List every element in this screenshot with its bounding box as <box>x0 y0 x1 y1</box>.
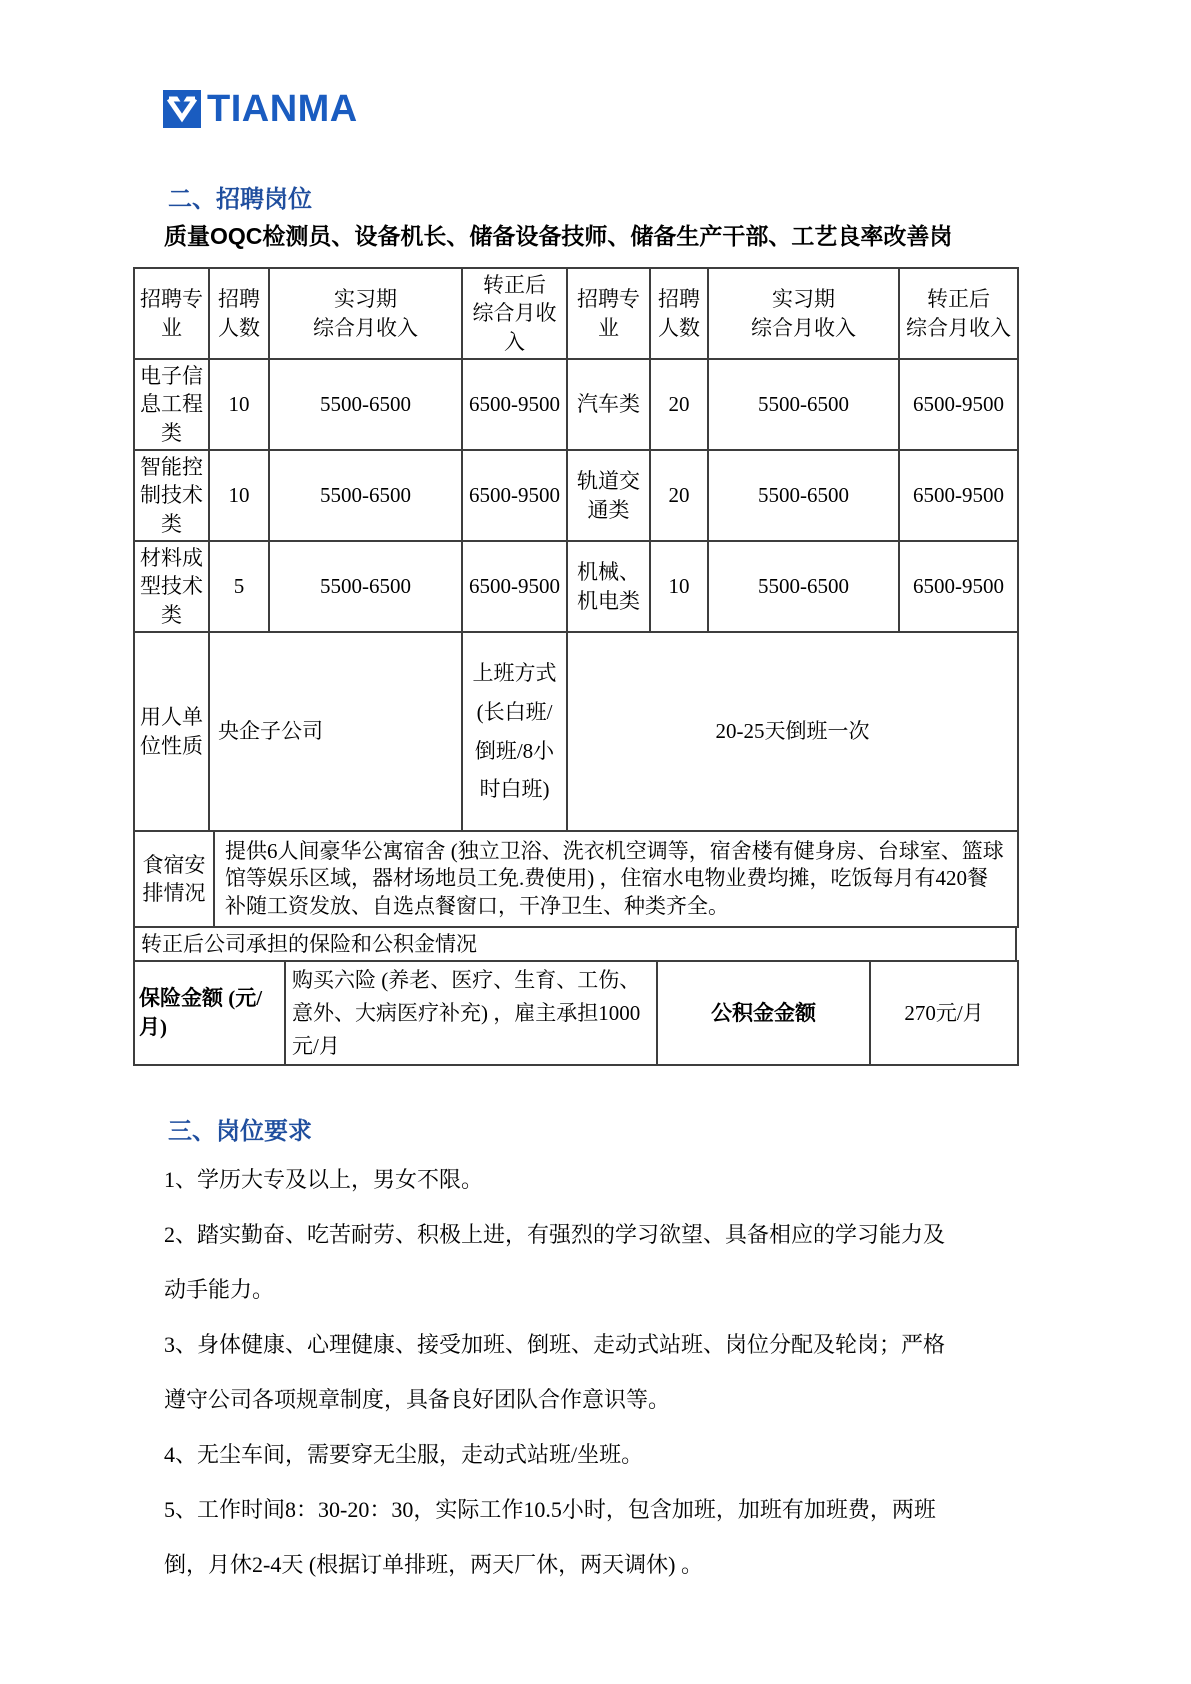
cell-regular-income: 6500-9500 <box>899 359 1018 450</box>
cell-headcount: 10 <box>209 450 269 541</box>
cell-headcount: 20 <box>650 359 708 450</box>
header-intern-income-1: 实习期 综合月收入 <box>269 268 462 359</box>
cell-intern-income: 5500-6500 <box>269 450 462 541</box>
cell-intern-income: 5500-6500 <box>269 359 462 450</box>
cell-regular-income: 6500-9500 <box>899 450 1018 541</box>
header-regular-income-2: 转正后 综合月收入 <box>899 268 1018 359</box>
tianma-logo-text: TIANMA <box>207 90 358 128</box>
cell-major: 电子信息工程类 <box>134 359 209 450</box>
requirement-item: 4、无尘车间，需要穿无尘服，走动式站班/坐班。 <box>164 1427 964 1482</box>
tianma-logo: TIANMA <box>163 90 358 128</box>
accommodation-label: 食宿安排情况 <box>134 831 214 927</box>
cell-intern-income: 5500-6500 <box>708 450 899 541</box>
insurance-title: 转正后公司承担的保险和公积金情况 <box>134 927 1016 961</box>
table-header-row: 招聘专业 招聘人数 实习期 综合月收入 转正后 综合月收入 招聘专业 招聘人数 … <box>134 268 1018 359</box>
recruitment-table-accommodation: 食宿安排情况 提供6人间豪华公寓宿舍 (独立卫浴、洗衣机空调等，宿舍楼有健身房、… <box>133 830 1019 928</box>
header-major-1: 招聘专业 <box>134 268 209 359</box>
employer-row: 用人单位性质 央企子公司 上班方式 (长白班/ 倒班/8小 时白班) 20-25… <box>134 632 1018 831</box>
recruitment-table-insurance: 保险金额 (元/月) 购买六险 (养老、医疗、生育、工伤、意外、大病医疗补充) … <box>133 960 1019 1066</box>
positions-line: 质量OQC检测员、设备机长、储备设备技师、储备生产干部、工艺良率改善岗 <box>164 222 1064 252</box>
insurance-amount-label: 保险金额 (元/月) <box>134 961 285 1065</box>
cell-intern-income: 5500-6500 <box>269 541 462 632</box>
requirement-item: 1、学历大专及以上，男女不限。 <box>164 1152 964 1207</box>
insurance-amount-detail: 购买六险 (养老、医疗、生育、工伤、意外、大病医疗补充) ，雇主承担1000元/… <box>285 961 657 1065</box>
section-heading-requirements: 三、岗位要求 <box>168 1118 312 1147</box>
employer-company: 央企子公司 <box>209 632 462 831</box>
housing-fund-label: 公积金金额 <box>657 961 870 1065</box>
header-headcount-1: 招聘人数 <box>209 268 269 359</box>
cell-intern-income: 5500-6500 <box>708 359 899 450</box>
table-row: 智能控制技术类 10 5500-6500 6500-9500 轨道交通类 20 … <box>134 450 1018 541</box>
employer-work-mode: 上班方式 (长白班/ 倒班/8小 时白班) <box>462 632 567 831</box>
cell-intern-income: 5500-6500 <box>708 541 899 632</box>
section-heading-recruit-positions: 二、招聘岗位 <box>168 186 312 215</box>
tianma-logo-icon <box>163 90 201 128</box>
cell-regular-income: 6500-9500 <box>899 541 1018 632</box>
accommodation-detail: 提供6人间豪华公寓宿舍 (独立卫浴、洗衣机空调等，宿舍楼有健身房、台球室、篮球馆… <box>214 831 1018 927</box>
cell-regular-income: 6500-9500 <box>462 359 567 450</box>
cell-major: 机械、机电类 <box>567 541 650 632</box>
accommodation-row: 食宿安排情况 提供6人间豪华公寓宿舍 (独立卫浴、洗衣机空调等，宿舍楼有健身房、… <box>134 831 1018 927</box>
table-row: 材料成型技术类 5 5500-6500 6500-9500 机械、机电类 10 … <box>134 541 1018 632</box>
header-intern-income-2: 实习期 综合月收入 <box>708 268 899 359</box>
recruitment-table-main: 招聘专业 招聘人数 实习期 综合月收入 转正后 综合月收入 招聘专业 招聘人数 … <box>133 267 1019 633</box>
requirement-item: 5、工作时间8：30-20：30，实际工作10.5小时，包含加班，加班有加班费，… <box>164 1482 964 1592</box>
recruitment-table-employer: 用人单位性质 央企子公司 上班方式 (长白班/ 倒班/8小 时白班) 20-25… <box>133 631 1019 832</box>
cell-headcount: 10 <box>650 541 708 632</box>
housing-fund-value: 270元/月 <box>870 961 1018 1065</box>
cell-major: 材料成型技术类 <box>134 541 209 632</box>
cell-regular-income: 6500-9500 <box>462 541 567 632</box>
employer-label: 用人单位性质 <box>134 632 209 831</box>
requirement-item: 2、踏实勤奋、吃苦耐劳、积极上进，有强烈的学习欲望、具备相应的学习能力及动手能力… <box>164 1207 964 1317</box>
recruitment-table-insurance-title: 转正后公司承担的保险和公积金情况 <box>133 926 1017 962</box>
header-major-2: 招聘专业 <box>567 268 650 359</box>
insurance-row: 保险金额 (元/月) 购买六险 (养老、医疗、生育、工伤、意外、大病医疗补充) … <box>134 961 1018 1065</box>
table-row: 电子信息工程类 10 5500-6500 6500-9500 汽车类 20 55… <box>134 359 1018 450</box>
cell-regular-income: 6500-9500 <box>462 450 567 541</box>
cell-major: 智能控制技术类 <box>134 450 209 541</box>
requirements-list: 1、学历大专及以上，男女不限。 2、踏实勤奋、吃苦耐劳、积极上进，有强烈的学习欲… <box>164 1152 964 1592</box>
cell-major: 汽车类 <box>567 359 650 450</box>
cell-headcount: 20 <box>650 450 708 541</box>
recruitment-table: 招聘专业 招聘人数 实习期 综合月收入 转正后 综合月收入 招聘专业 招聘人数 … <box>133 267 1017 1066</box>
cell-major: 轨道交通类 <box>567 450 650 541</box>
requirement-item: 3、身体健康、心理健康、接受加班、倒班、走动式站班、岗位分配及轮岗；严格遵守公司… <box>164 1317 964 1427</box>
insurance-title-row: 转正后公司承担的保险和公积金情况 <box>134 927 1016 961</box>
cell-headcount: 10 <box>209 359 269 450</box>
header-regular-income-1: 转正后 综合月收入 <box>462 268 567 359</box>
document-page: TIANMA 二、招聘岗位 质量OQC检测员、设备机长、储备设备技师、储备生产干… <box>0 0 1191 1684</box>
employer-shift-note: 20-25天倒班一次 <box>567 632 1018 831</box>
header-headcount-2: 招聘人数 <box>650 268 708 359</box>
cell-headcount: 5 <box>209 541 269 632</box>
